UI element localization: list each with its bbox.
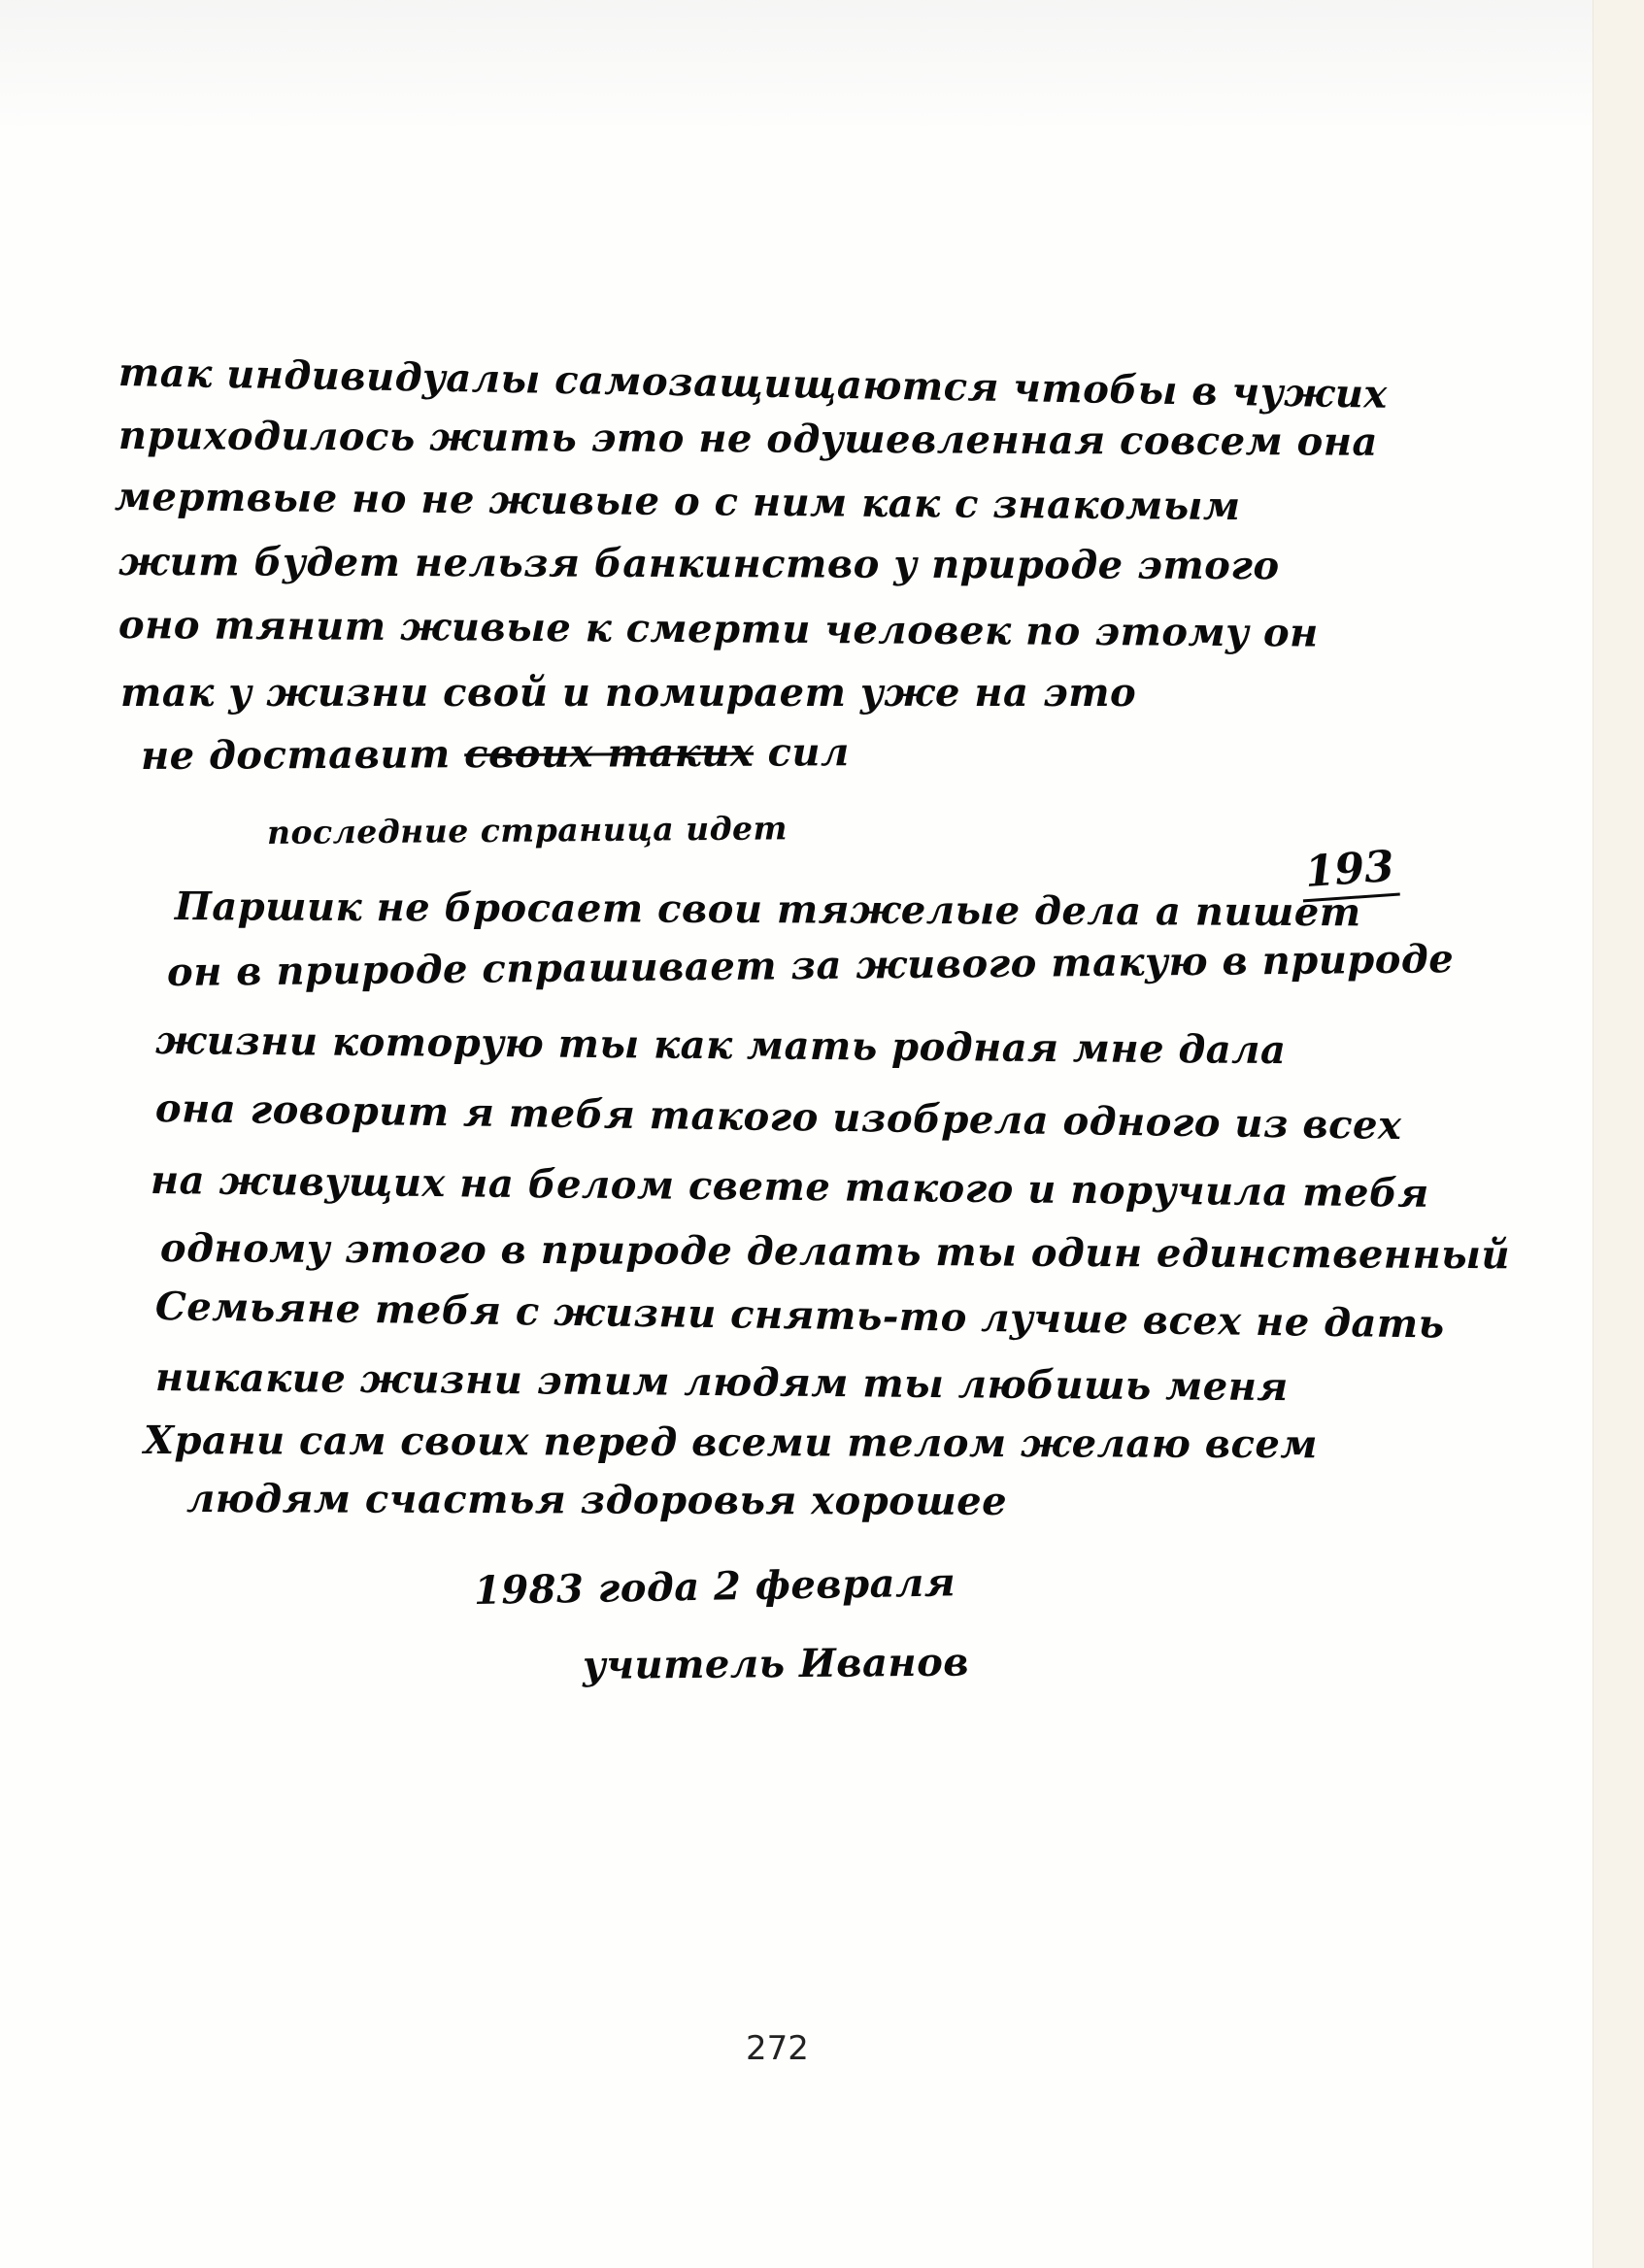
handwritten-line: так у жизни свой и помирает уже на это — [120, 670, 1136, 716]
handwritten-line: на живущих на белом свете такого и поруч… — [151, 1157, 1429, 1217]
struck-words: своих таких — [464, 730, 754, 778]
handwritten-line: Семьяне тебя с жизни снять-то лучше всех… — [155, 1284, 1445, 1348]
page-number: 272 — [746, 2029, 809, 2068]
handwritten-line: так индивидуалы самозащищаются чтобы в ч… — [118, 350, 1389, 417]
section-heading: последние страница идет — [267, 809, 788, 851]
handwritten-line: жит будет нельзя банкинство у природе эт… — [118, 539, 1280, 588]
document-page: так индивидуалы самозащищаются чтобы в ч… — [0, 0, 1593, 2268]
signature: учитель Иванов — [583, 1640, 969, 1688]
handwritten-line-struck: не доставит своих таких сил — [141, 729, 850, 779]
handwritten-line: оно тянит живые к смерти человек по этом… — [118, 602, 1319, 656]
handwritten-line: он в природе спрашивает за живого такую … — [167, 936, 1455, 995]
handwritten-line: никакие жизни этим людям ты любишь меня — [155, 1354, 1289, 1410]
handwritten-line: одному этого в природе делать ты один ед… — [160, 1225, 1510, 1278]
handwritten-line: Храни сам своих перед всеми телом желаю … — [144, 1417, 1318, 1467]
handwritten-line: приходилось жить это не одушевленная сов… — [118, 413, 1378, 465]
handwritten-line: людям счастья здоровья хорошее — [186, 1476, 1007, 1524]
handwritten-line: мертвые но не живые о с ним как с знаком… — [115, 474, 1241, 529]
scan-shadow — [0, 0, 1593, 136]
handwritten-line: жизни которую ты как мать родная мне дал… — [155, 1017, 1287, 1073]
handwritten-line: она говорит я тебя такого изобрела одног… — [155, 1085, 1402, 1149]
handwritten-line: Паршик не бросает свои тяжелые дела а пи… — [175, 884, 1361, 935]
date-line: 1983 года 2 февраля — [474, 1559, 956, 1614]
next-page-edge — [1593, 0, 1644, 2268]
